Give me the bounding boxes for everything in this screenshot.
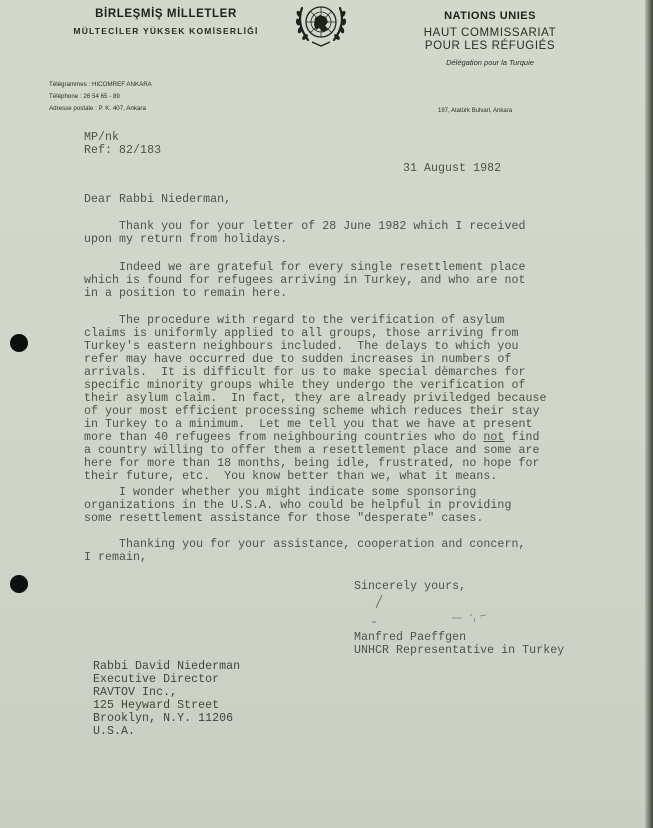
signature-mark bbox=[362, 590, 522, 635]
letterhead-contact: Télégrammes : HICOMREF ANKARA Téléphone … bbox=[49, 79, 152, 116]
paragraph-line: claims is uniformly applied to all group… bbox=[84, 327, 547, 340]
recipient-name: Rabbi David Niederman bbox=[93, 660, 240, 673]
paragraph-line: I remain, bbox=[84, 551, 525, 564]
office-address: 197, Atatürk Bulvari, Ankara bbox=[438, 108, 512, 114]
paragraph-line: their future, etc. You know better than … bbox=[84, 470, 547, 483]
postal-address-line: Adresse postale : P. K. 407, Ankara bbox=[49, 103, 152, 115]
paragraph-line: here for more than 18 months, being idle… bbox=[84, 457, 547, 470]
paragraph-line: The procedure with regard to the verific… bbox=[84, 314, 547, 327]
signer-block: Manfred PaeffgenUNHCR Representative in … bbox=[354, 631, 564, 657]
recipient-street: 125 Heyward Street bbox=[93, 699, 240, 712]
paragraph-line: Thank you for your letter of 28 June 198… bbox=[84, 220, 525, 233]
dept-line-1: HAUT COMMISSARIAT bbox=[400, 27, 580, 40]
signer-name: Manfred Paeffgen bbox=[354, 631, 564, 644]
recipient-city: Brooklyn, N.Y. 11206 bbox=[93, 712, 240, 725]
recipient-country: U.S.A. bbox=[93, 725, 240, 738]
letterhead-dept-french: HAUT COMMISSARIAT POUR LES RÉFUGIÉS bbox=[400, 27, 580, 53]
paragraph-line: specific minority groups while they unde… bbox=[84, 379, 547, 392]
letter-date: 31 August 1982 bbox=[403, 162, 501, 175]
body-paragraph-4: I wonder whether you might indicate some… bbox=[84, 486, 511, 525]
letterhead-org-french: NATIONS UNIES bbox=[400, 10, 580, 22]
body-paragraph-3: The procedure with regard to the verific… bbox=[84, 314, 547, 483]
recipient-organization: RAVTOV Inc., bbox=[93, 686, 240, 699]
punch-hole-top bbox=[10, 334, 28, 352]
line-text: find bbox=[504, 431, 539, 444]
paragraph-line: some resettlement assistance for those "… bbox=[84, 512, 511, 525]
page-edge-shadow bbox=[645, 0, 653, 828]
paragraph-line: arrivals. It is difficult for us to make… bbox=[84, 366, 547, 379]
paragraph-line: upon my return from holidays. bbox=[84, 233, 525, 246]
paragraph-line: Turkey's eastern neighbours included. Th… bbox=[84, 340, 547, 353]
punch-hole-bottom bbox=[10, 575, 28, 593]
underlined-emphasis: not bbox=[483, 431, 504, 444]
paragraph-line: organizations in the U.S.A. who could be… bbox=[84, 499, 511, 512]
un-emblem-icon bbox=[290, 0, 352, 50]
letterhead-right: NATIONS UNIES HAUT COMMISSARIAT POUR LES… bbox=[400, 10, 580, 67]
letterhead-org-turkish: BİRLEŞMİŞ MİLLETLER bbox=[32, 8, 300, 20]
paragraph-line: which is found for refugees arriving in … bbox=[84, 274, 525, 287]
body-paragraph-2: Indeed we are grateful for every single … bbox=[84, 261, 525, 300]
line-text: more than 40 refugees from neighbouring … bbox=[84, 431, 483, 444]
body-paragraph-1: Thank you for your letter of 28 June 198… bbox=[84, 220, 525, 246]
paragraph-line: Indeed we are grateful for every single … bbox=[84, 261, 525, 274]
paragraph-line: I wonder whether you might indicate some… bbox=[84, 486, 511, 499]
dept-line-2: POUR LES RÉFUGIÉS bbox=[400, 40, 580, 53]
signer-title: UNHCR Representative in Turkey bbox=[354, 644, 564, 657]
telephone-line: Téléphone : 26 54 65 - 89 bbox=[49, 91, 152, 103]
paragraph-line: more than 40 refugees from neighbouring … bbox=[84, 431, 547, 444]
delegation-label: Délégation pour la Turquie bbox=[400, 58, 580, 67]
paragraph-line: in Turkey to a minimum. Let me tell you … bbox=[84, 418, 547, 431]
recipient-address: Rabbi David NiedermanExecutive DirectorR… bbox=[93, 660, 240, 738]
paragraph-line: their asylum claim. In fact, they are al… bbox=[84, 392, 547, 405]
ref-initials: MP/nk bbox=[84, 131, 161, 144]
ref-number: Ref: 82/183 bbox=[84, 144, 161, 157]
recipient-title: Executive Director bbox=[93, 673, 240, 686]
paragraph-line: refer may have occurred due to sudden in… bbox=[84, 353, 547, 366]
body-paragraph-5: Thanking you for your assistance, cooper… bbox=[84, 538, 525, 564]
reference-block: MP/nkRef: 82/183 bbox=[84, 131, 161, 157]
paragraph-line: of your most efficient processing scheme… bbox=[84, 405, 547, 418]
letterhead-dept-turkish: MÜLTECİLER YÜKSEK KOMİSERLİĞİ bbox=[32, 26, 300, 36]
letterhead-left: BİRLEŞMİŞ MİLLETLER MÜLTECİLER YÜKSEK KO… bbox=[0, 8, 300, 36]
paragraph-line: a country willing to offer them a resett… bbox=[84, 444, 547, 457]
paragraph-line: in a position to remain here. bbox=[84, 287, 525, 300]
telegram-line: Télégrammes : HICOMREF ANKARA bbox=[49, 79, 152, 91]
salutation: Dear Rabbi Niederman, bbox=[84, 193, 231, 206]
paragraph-line: Thanking you for your assistance, cooper… bbox=[84, 538, 525, 551]
